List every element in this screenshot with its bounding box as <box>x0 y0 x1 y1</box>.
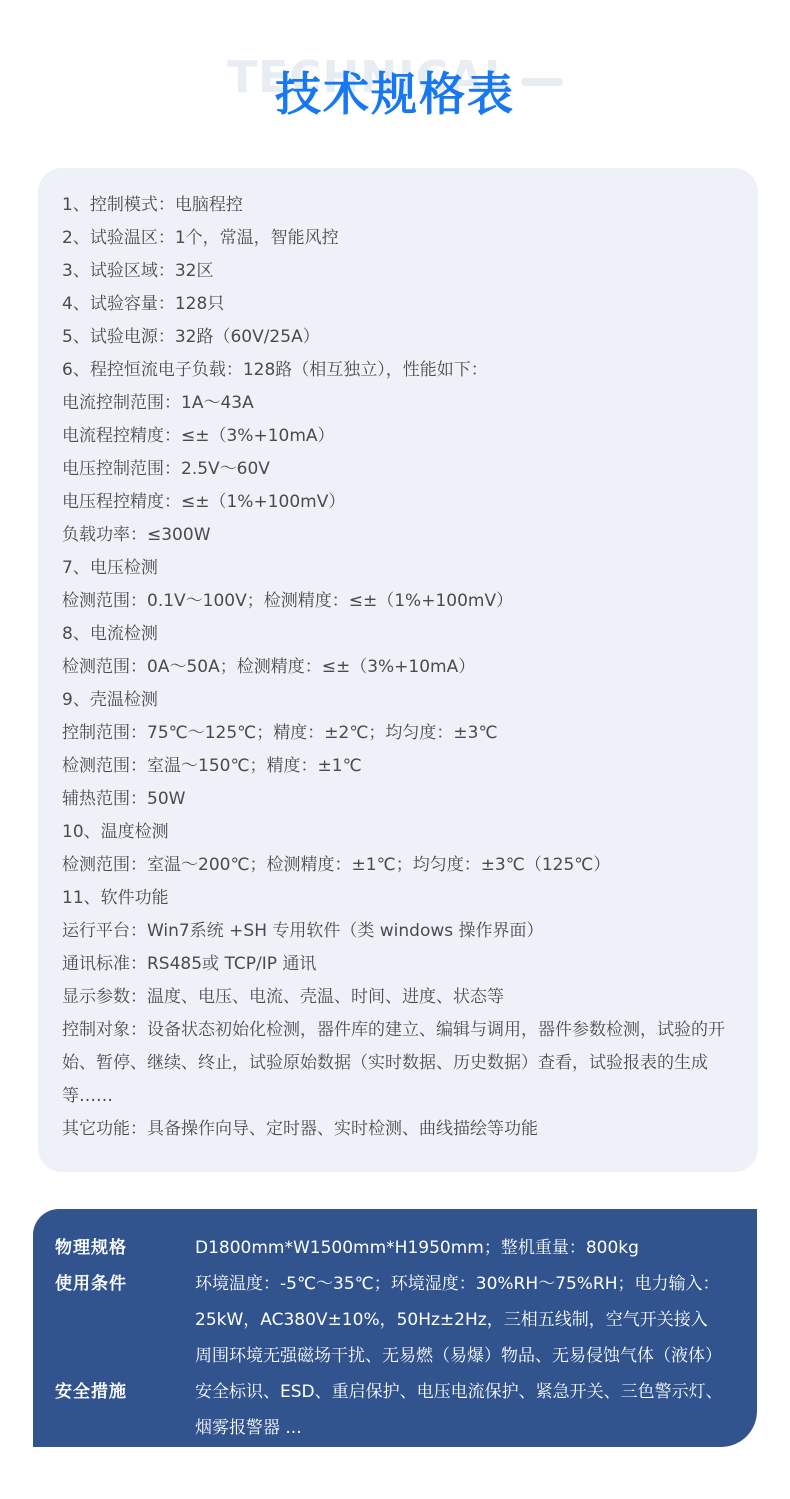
spec-line: 5、试验电源：32路（60V/25A） <box>62 321 734 354</box>
spec-line: 显示参数：温度、电压、电流、壳温、时间、进度、状态等 <box>62 981 734 1014</box>
spec-line: 控制范围：75℃～125℃；精度：±2℃；均匀度：±3℃ <box>62 717 734 750</box>
spec-line: 3、试验区域：32区 <box>62 255 734 288</box>
spec-line: 1、控制模式：电脑程控 <box>62 189 734 222</box>
spec-line: 2、试验温区：1个，常温，智能风控 <box>62 222 734 255</box>
panel-row-label: 安全措施 <box>55 1374 195 1410</box>
panel-row-value: D1800mm*W1500mm*H1950mm；整机重量：800kg <box>195 1230 733 1266</box>
spec-line: 电流程控精度：≤±（3%+10mA） <box>62 420 734 453</box>
spec-line: 控制对象：设备状态初始化检测，器件库的建立、编辑与调用，器件参数检测，试验的开始… <box>62 1014 734 1113</box>
spec-line: 检测范围：室温～150℃；精度：±1℃ <box>62 750 734 783</box>
panel-row-value: 安全标识、ESD、重启保护、电压电流保护、紧急开关、三色警示灯、 烟雾报警器 .… <box>195 1374 733 1446</box>
spec-line: 8、电流检测 <box>62 618 734 651</box>
panel-row: 使用条件 环境温度：-5℃～35℃；环境湿度：30%RH～75%RH；电力输入：… <box>55 1266 733 1374</box>
spec-line: 电压控制范围：2.5V～60V <box>62 453 734 486</box>
page-title: 技术规格表 <box>0 64 790 124</box>
panel-row: 安全措施 安全标识、ESD、重启保护、电压电流保护、紧急开关、三色警示灯、 烟雾… <box>55 1374 733 1446</box>
spec-line: 检测范围：0A～50A；检测精度：≤±（3%+10mA） <box>62 651 734 684</box>
panel-row-label: 使用条件 <box>55 1266 195 1302</box>
spec-sheet-page: TECHNICAL 技术规格表 1、控制模式：电脑程控 2、试验温区：1个，常温… <box>0 0 790 1499</box>
spec-line: 电压程控精度：≤±（1%+100mV） <box>62 486 734 519</box>
spec-line: 9、壳温检测 <box>62 684 734 717</box>
spec-line: 运行平台：Win7系统 +SH 专用软件（类 windows 操作界面） <box>62 915 734 948</box>
spec-line: 负载功率：≤300W <box>62 519 734 552</box>
spec-line: 11、软件功能 <box>62 882 734 915</box>
spec-line: 10、温度检测 <box>62 816 734 849</box>
spec-line: 检测范围：0.1V～100V；检测精度：≤±（1%+100mV） <box>62 585 734 618</box>
spec-line: 其它功能：具备操作向导、定时器、实时检测、曲线描绘等功能 <box>62 1113 734 1146</box>
info-panel: 物理规格 D1800mm*W1500mm*H1950mm；整机重量：800kg … <box>33 1209 757 1447</box>
spec-line: 6、程控恒流电子负载：128路（相互独立），性能如下： <box>62 354 734 387</box>
spec-line: 7、电压检测 <box>62 552 734 585</box>
spec-card: 1、控制模式：电脑程控 2、试验温区：1个，常温，智能风控 3、试验区域：32区… <box>38 168 758 1172</box>
spec-line: 电流控制范围：1A～43A <box>62 387 734 420</box>
spec-line: 通讯标准：RS485或 TCP/IP 通讯 <box>62 948 734 981</box>
spec-line: 4、试验容量：128只 <box>62 288 734 321</box>
spec-line: 辅热范围：50W <box>62 783 734 816</box>
spec-line: 检测范围：室温～200℃；检测精度：±1℃；均匀度：±3℃（125℃） <box>62 849 734 882</box>
panel-row-value: 环境温度：-5℃～35℃；环境湿度：30%RH～75%RH；电力输入： 25kW… <box>195 1266 733 1374</box>
panel-row-label: 物理规格 <box>55 1230 195 1266</box>
panel-row: 物理规格 D1800mm*W1500mm*H1950mm；整机重量：800kg <box>55 1230 733 1266</box>
